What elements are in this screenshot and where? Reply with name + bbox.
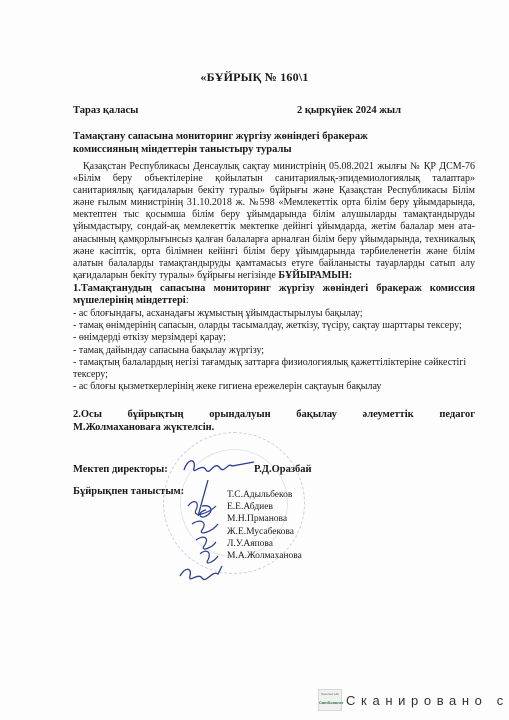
subject-line-1: Тамақтану сапасына мониторинг жүргізу жө… xyxy=(73,130,403,143)
order-title: «БҰЙРЫҚ № 160\1 xyxy=(0,70,509,85)
acknowledged-person: М.А.Жолмаханова xyxy=(227,550,302,562)
duty-item: - тамақ өнімдерінің сапасын, оларды тасы… xyxy=(73,320,475,332)
acknowledged-person: Е.Е.Абдиев xyxy=(227,501,302,513)
section-2-line-1: 2.Осы бұйрықтың орындалуын бақылау әлеум… xyxy=(73,409,475,422)
duty-item: - тамақтың балалардың негізі тағамдық за… xyxy=(73,357,475,381)
order-subject: Тамақтану сапасына мониторинг жүргізу жө… xyxy=(73,130,403,156)
director-label: Мектеп директоры: xyxy=(73,464,168,475)
scanner-watermark: Сканировано с Cam xyxy=(346,693,509,708)
section-2-line-2: М.Жолмахановаға жүктелсін. xyxy=(73,422,214,435)
duty-item: - өнімдерді өткізу мерзімдері қарау; xyxy=(73,332,475,344)
acknowledged-person: Ж.Е.Мусабекова xyxy=(227,526,302,538)
order-date: 2 қыркүйек 2024 жыл xyxy=(297,105,401,116)
preamble-text: Қазақстан Республикасы Денсаулық сақтау … xyxy=(73,161,475,281)
preamble-paragraph: Қазақстан Республикасы Денсаулық сақтау … xyxy=(73,161,475,282)
director-name: Р.Д.Оразбай xyxy=(254,464,312,475)
duties-list: - ас блоғындағы, асханадағы жұмыстың ұйы… xyxy=(73,308,475,393)
section-1-title-text: 1.Тамақтанудың сапасына мониторинг жүргі… xyxy=(73,283,475,306)
acknowledged-person: М.Н.Прманова xyxy=(227,513,302,525)
city: Тараз қаласы xyxy=(73,105,138,116)
scanner-badge-top: Scanned with xyxy=(321,692,339,696)
subject-line-2: комиссияның міндеттерін таныстыру туралы xyxy=(73,143,403,156)
acknowledged-person: Т.С.Адыльбеков xyxy=(227,489,302,501)
order-word: БҰЙЫРАМЫН: xyxy=(278,270,352,281)
duty-item: - ас блоғы қызметкерлерінің жеке гигиена… xyxy=(73,381,475,393)
scanner-badge-logo: CamScanner xyxy=(319,700,341,705)
acknowledged-list: Т.С.Адыльбеков Е.Е.Абдиев М.Н.Прманова Ж… xyxy=(227,489,302,562)
section-1-colon: : xyxy=(186,295,189,306)
document-page: «БҰЙРЫҚ № 160\1 Тараз қаласы 2 қыркүйек … xyxy=(0,0,509,720)
acknowledged-label: Бұйрықпен таныстым: xyxy=(73,486,184,497)
duty-item: - ас блоғындағы, асханадағы жұмыстың ұйы… xyxy=(73,308,475,320)
acknowledgement-signatures-icon xyxy=(178,476,234,594)
section-1-title: 1.Тамақтанудың сапасына мониторинг жүргі… xyxy=(73,283,475,307)
acknowledged-person: Л.У.Аяпова xyxy=(227,538,302,550)
duty-item: - тамақ дайындау сапасына бақылау жүргіз… xyxy=(73,345,475,357)
camscanner-logo-icon: Scanned with CamScanner xyxy=(318,689,342,711)
